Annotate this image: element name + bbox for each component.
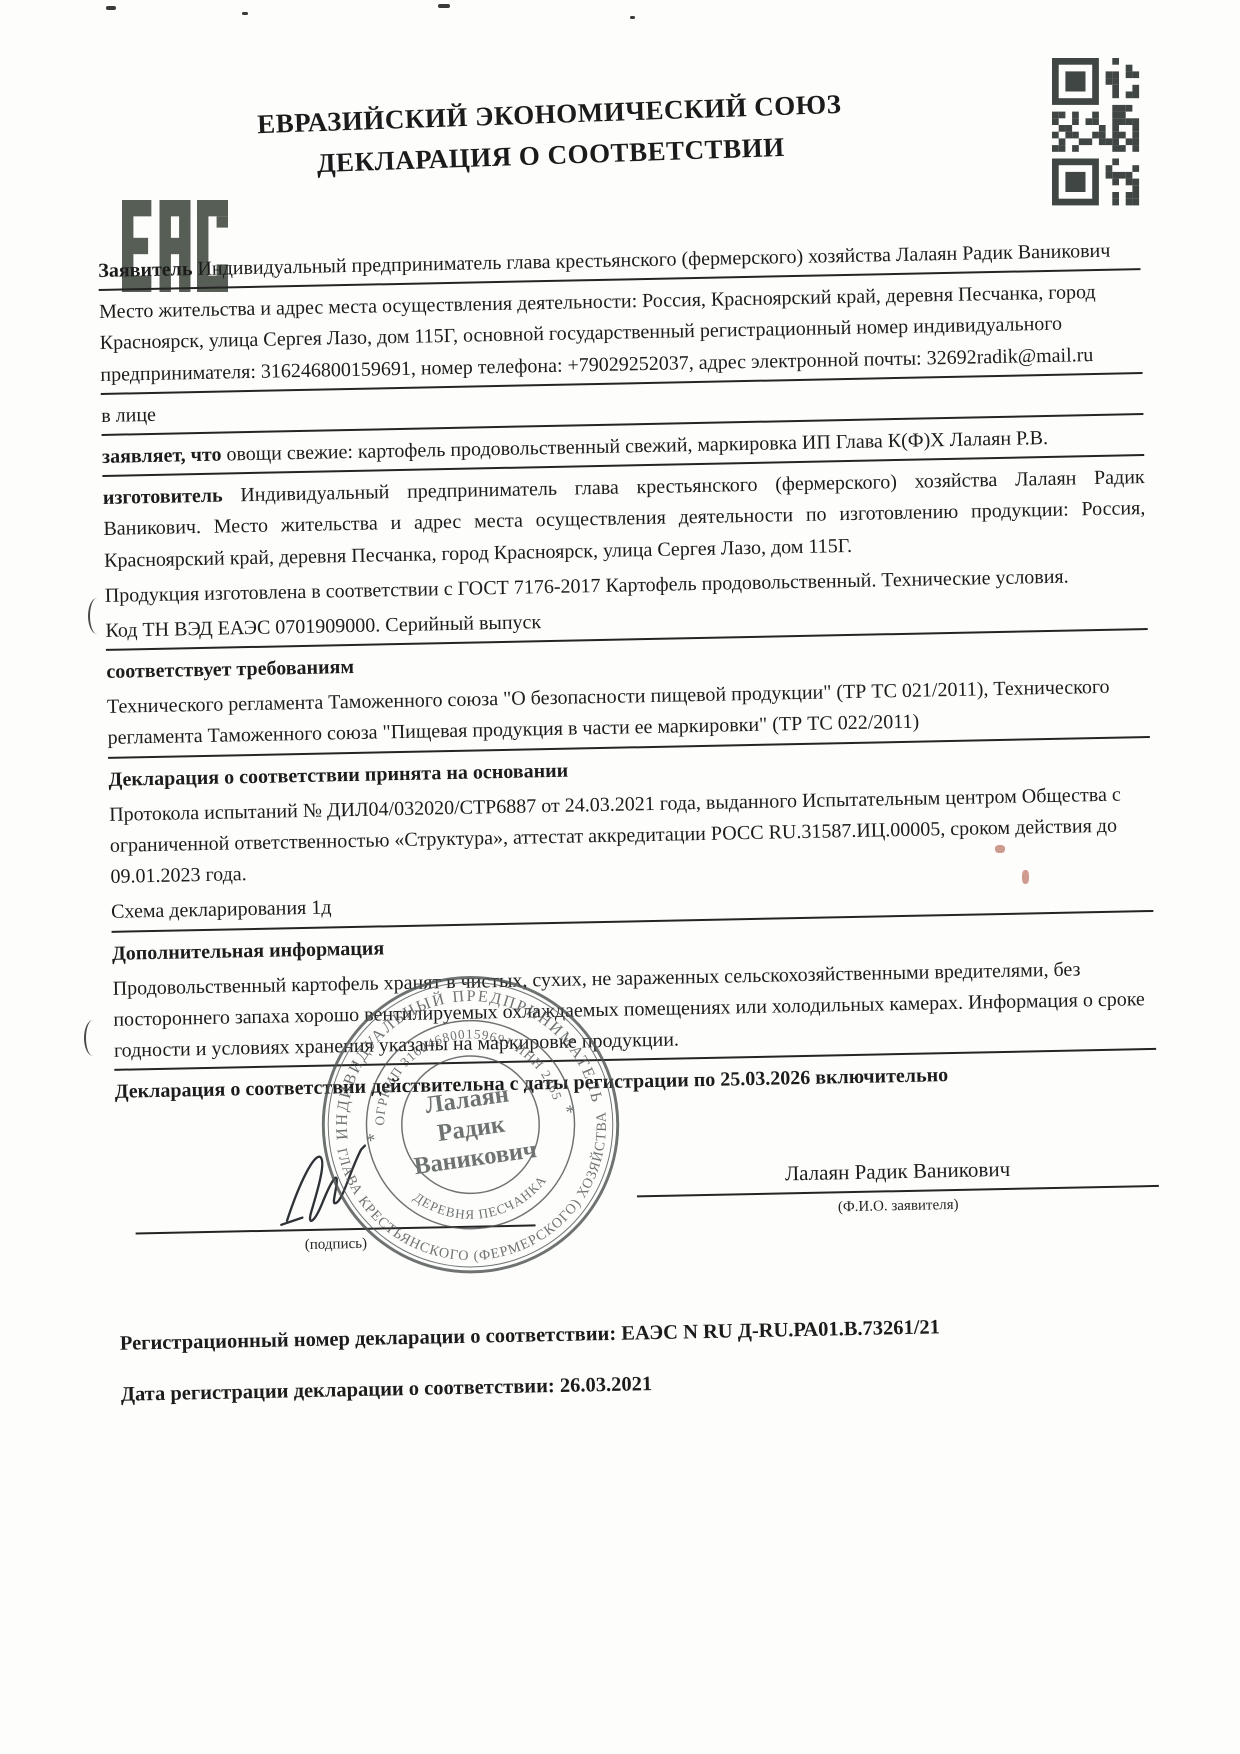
- stamp-ring-top: ИНДИВИДУАЛЬНЫЙ ПРЕДПРИНИМАТЕЛЬ: [314, 967, 606, 1141]
- document-body: Заявитель Индивидуальный предприниматель…: [98, 235, 1163, 1412]
- qr-code-icon: [1052, 58, 1140, 206]
- additional-info-text: Продовольственный картофель хранят в чис…: [112, 953, 1156, 1071]
- declares-label: заявляет, что: [102, 444, 222, 468]
- basis-text: Протокола испытаний № ДИЛ04/032020/СТР68…: [109, 779, 1153, 893]
- stamp-star-right: *: [565, 1101, 578, 1123]
- address-section: Место жительства и адрес места осуществл…: [99, 276, 1143, 394]
- manufacturer-section: изготовитель Индивидуальный предпринимат…: [103, 462, 1147, 576]
- scan-artifact: [106, 6, 116, 10]
- scan-artifact: [242, 12, 248, 15]
- scan-artifact: [84, 1020, 102, 1056]
- document-title: ЕВРАЗИЙСКИЙ ЭКОНОМИЧЕСКИЙ СОЮЗ ДЕКЛАРАЦИ…: [169, 81, 931, 188]
- round-stamp-icon: ИНДИВИДУАЛЬНЫЙ ПРЕДПРИНИМАТЕЛЬ ГЛАВА КРЕ…: [293, 947, 648, 1302]
- document-page: ЕВРАЗИЙСКИЙ ЭКОНОМИЧЕСКИЙ СОЮЗ ДЕКЛАРАЦИ…: [0, 0, 1240, 1754]
- registration-number-line: Регистрационный номер декларации о соотв…: [120, 1307, 1162, 1360]
- manufacturer-label: изготовитель: [103, 485, 223, 509]
- scan-artifact: [630, 16, 635, 19]
- applicant-text: Индивидуальный предприниматель глава кре…: [197, 240, 1110, 280]
- manufacturer-text: Индивидуальный предприниматель глава кре…: [103, 466, 1145, 571]
- declares-text: овощи свежие: картофель продовольственны…: [226, 427, 1048, 465]
- registration-date-line: Дата регистрации декларации о соответств…: [121, 1359, 1163, 1412]
- scan-artifact: [438, 4, 450, 8]
- signature-block: (подпись) Лалаян Радик Ваникович (Ф.И.О.…: [116, 1123, 1161, 1302]
- scan-artifact: [88, 598, 106, 634]
- fio-area: Лалаян Радик Ваникович (Ф.И.О. заявителя…: [636, 1149, 1159, 1224]
- stamp-star-left: *: [364, 1130, 377, 1152]
- applicant-label: Заявитель: [98, 258, 193, 282]
